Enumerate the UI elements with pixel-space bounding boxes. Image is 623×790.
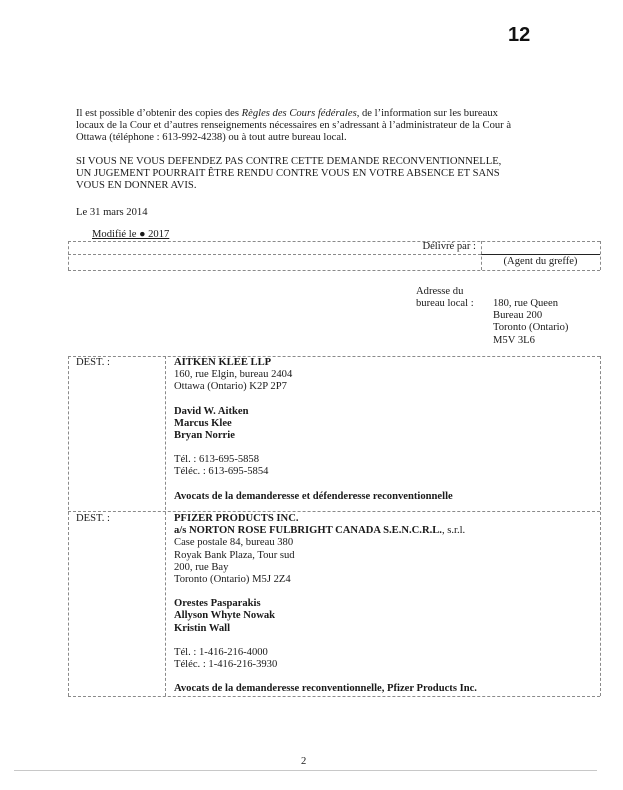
warning-line: VOUS EN DONNER AVIS. — [76, 180, 556, 192]
warning-line: SI VOUS NE VOUS DEFENDEZ PAS CONTRE CETT… — [76, 156, 556, 168]
label-line: bureau local : — [416, 298, 474, 310]
notice-line: Ottawa (téléphone : 613-992-4238) ou à t… — [76, 132, 556, 144]
counsel-role: Avocats de la demanderesse et défenderes… — [174, 491, 594, 503]
recipient-label: DEST. : — [76, 357, 110, 369]
fax: Téléc. : 613-695-5854 — [174, 466, 594, 478]
lawyer-name: Kristin Wall — [174, 623, 594, 635]
notice-text: Il est possible d’obtenir des copies des — [76, 108, 242, 119]
box-border — [600, 241, 601, 270]
address-line: 160, rue Elgin, bureau 2404 — [174, 369, 594, 381]
table-border — [600, 356, 601, 696]
address-line: M5V 3L6 — [493, 335, 568, 347]
address-line: 200, rue Bay — [174, 562, 594, 574]
address-line: 180, rue Queen — [493, 298, 568, 310]
footer-divider — [14, 770, 597, 771]
rules-title: Règles des Cours fédérales — [242, 108, 357, 119]
lawyer-name: Allyson Whyte Nowak — [174, 610, 594, 622]
page-number-footer: 2 — [301, 756, 306, 768]
telephone: Tél. : 613-695-5858 — [174, 454, 594, 466]
address-line: Toronto (Ontario) — [493, 322, 568, 334]
address-line: Bureau 200 — [493, 310, 568, 322]
notice-text: , de l’information sur les bureaux — [357, 108, 498, 119]
address-line: Case postale 84, bureau 380 — [174, 537, 594, 549]
table-border — [68, 511, 600, 512]
box-border — [68, 241, 69, 270]
lawyer-name: Marcus Klee — [174, 418, 594, 430]
firm-name: AITKEN KLEE LLP — [174, 357, 594, 369]
notice-line: locaux de la Cour et d’autres renseignem… — [76, 120, 556, 132]
address-line: Toronto (Ontario) M5J 2Z4 — [174, 574, 594, 586]
counsel-role: Avocats de la demanderesse reconventionn… — [174, 683, 594, 695]
care-of-firm: a/s NORTON ROSE FULBRIGHT CANADA S.E.N.C… — [174, 525, 442, 536]
box-border — [68, 241, 600, 242]
telephone: Tél. : 1-416-216-4000 — [174, 647, 594, 659]
warning-paragraph: SI VOUS NE VOUS DEFENDEZ PAS CONTRE CETT… — [76, 156, 556, 193]
firm-name: PFIZER PRODUCTS INC. — [174, 513, 594, 525]
care-of-suffix: , s.r.l. — [442, 525, 465, 536]
table-border — [68, 356, 69, 696]
lawyer-name: Orestes Pasparakis — [174, 598, 594, 610]
recipient-block: AITKEN KLEE LLP 160, rue Elgin, bureau 2… — [174, 357, 594, 503]
lawyer-name: Bryan Norrie — [174, 430, 594, 442]
notice-paragraph: Il est possible d’obtenir des copies des… — [76, 108, 556, 145]
table-border — [68, 696, 600, 697]
modified-date: Modifié le ● 2017 — [92, 229, 169, 241]
recipient-label: DEST. : — [76, 513, 110, 525]
address-line: Royak Bank Plaza, Tour sud — [174, 550, 594, 562]
local-office-address: 180, rue Queen Bureau 200 Toronto (Ontar… — [493, 298, 568, 347]
page-number-header: 12 — [508, 24, 530, 46]
table-border — [165, 356, 166, 696]
fax: Téléc. : 1-416-216-3930 — [174, 659, 594, 671]
registry-officer-label: (Agent du greffe) — [481, 256, 600, 268]
local-office-label: Adresse du bureau local : — [416, 286, 474, 310]
box-border — [68, 254, 481, 255]
address-line: Ottawa (Ontario) K2P 2P7 — [174, 381, 594, 393]
label-line: Adresse du — [416, 286, 474, 298]
recipient-block: PFIZER PRODUCTS INC. a/s NORTON ROSE FUL… — [174, 513, 594, 695]
signature-line — [481, 254, 600, 255]
document-date: Le 31 mars 2014 — [76, 207, 556, 219]
lawyer-name: David W. Aitken — [174, 406, 594, 418]
warning-line: UN JUGEMENT POURRAIT ÊTRE RENDU CONTRE V… — [76, 168, 556, 180]
issued-by-label: Délivré par : — [410, 241, 476, 253]
box-border — [68, 270, 600, 271]
